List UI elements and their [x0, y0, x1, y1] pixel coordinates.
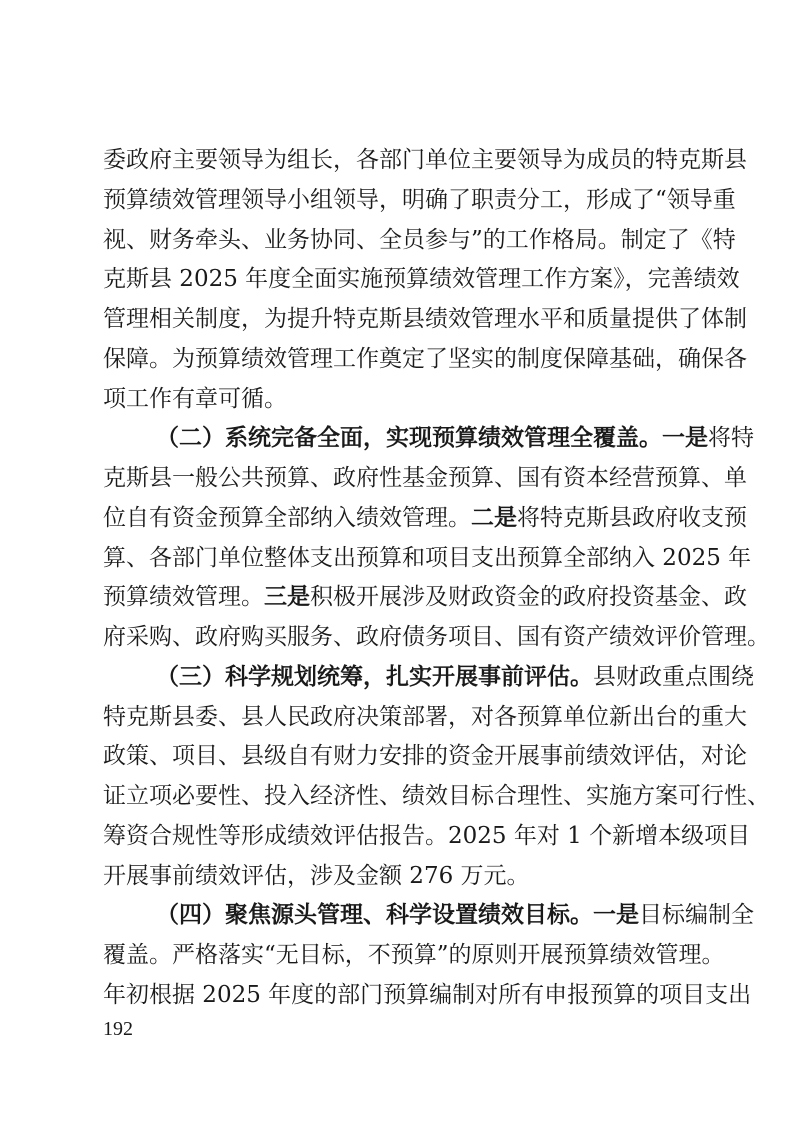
paragraph-p1-continued: 委政府主要领导为组长，各部门单位主要领导为成员的特克斯县预算绩效管理领导小组领导…: [103, 141, 693, 419]
body-text-segment: 预算绩效管理领导小组领导，明确了职责分工，形成了“领导重: [103, 187, 736, 213]
body-text-segment: 筹资合规性等形成绩效评估报告。2025 年对 1 个新增本级项目: [103, 823, 750, 849]
paragraph-section-3: （三）科学规划统筹，扎实开展事前评估。县财政重点围绕特克斯县委、县人民政府决策部…: [103, 658, 693, 897]
text-line: 覆盖。严格落实“无目标，不预算”的原则开展预算绩效管理。: [103, 936, 693, 976]
body-text-segment: 将特克斯县政府收支预: [517, 505, 747, 531]
body-text: 委政府主要领导为组长，各部门单位主要领导为成员的特克斯县预算绩效管理领导小组领导…: [103, 141, 693, 1016]
body-text-segment: 年初根据 2025 年度的部门预算编制对所有申报预算的项目支出: [103, 982, 751, 1008]
document-page: 委政府主要领导为组长，各部门单位主要领导为成员的特克斯县预算绩效管理领导小组领导…: [0, 0, 793, 1122]
text-line: 府采购、政府购买服务、政府债务项目、国有资产绩效评价管理。: [103, 618, 693, 658]
bold-heading-text: 三是: [264, 584, 310, 610]
body-text-segment: 委政府主要领导为组长，各部门单位主要领导为成员的特克斯县: [103, 147, 747, 173]
text-line: 视、财务牵头、业务协同、全员参与”的工作格局。制定了《特: [103, 221, 693, 261]
text-line: 位自有资金预算全部纳入绩效管理。二是将特克斯县政府收支预: [103, 499, 693, 539]
paragraph-section-4: （四）聚焦源头管理、科学设置绩效目标。一是目标编制全覆盖。严格落实“无目标，不预…: [103, 896, 693, 1015]
body-text-segment: 保障。为预算绩效管理工作奠定了坚实的制度保障基础，确保各: [103, 346, 747, 372]
text-line: （四）聚焦源头管理、科学设置绩效目标。一是目标编制全: [103, 896, 693, 936]
text-line: （二）系统完备全面，实现预算绩效管理全覆盖。一是将特: [103, 419, 693, 459]
body-text-segment: 证立项必要性、投入经济性、绩效目标合理性、实施方案可行性、: [103, 783, 770, 809]
bold-heading-text: （四）聚焦源头管理、科学设置绩效目标。: [156, 902, 593, 928]
text-line: 预算绩效管理。三是积极开展涉及财政资金的政府投资基金、政: [103, 578, 693, 618]
text-line: （三）科学规划统筹，扎实开展事前评估。县财政重点围绕: [103, 658, 693, 698]
body-text-segment: 管理相关制度，为提升特克斯县绩效管理水平和质量提供了体制: [103, 306, 747, 332]
body-text-segment: 目标编制全: [639, 902, 754, 928]
text-line: 委政府主要领导为组长，各部门单位主要领导为成员的特克斯县: [103, 141, 693, 181]
text-line: 克斯县 2025 年度全面实施预算绩效管理工作方案》，完善绩效: [103, 260, 693, 300]
body-text-segment: 项工作有章可循。: [103, 386, 287, 412]
text-line: 项工作有章可循。: [103, 380, 693, 420]
body-text-segment: 积极开展涉及财政资金的政府投资基金、政: [310, 584, 747, 610]
text-line: 筹资合规性等形成绩效评估报告。2025 年对 1 个新增本级项目: [103, 817, 693, 857]
text-line: 年初根据 2025 年度的部门预算编制对所有申报预算的项目支出: [103, 976, 693, 1016]
paragraph-section-2: （二）系统完备全面，实现预算绩效管理全覆盖。一是将特克斯县一般公共预算、政府性基…: [103, 419, 693, 658]
text-line: 特克斯县委、县人民政府决策部署，对各预算单位新出台的重大: [103, 698, 693, 738]
body-text-segment: 开展事前绩效评估，涉及金额 276 万元。: [103, 863, 530, 889]
body-text-segment: 算、各部门单位整体支出预算和项目支出预算全部纳入 2025 年: [103, 545, 751, 571]
bold-heading-text: （二）系统完备全面，实现预算绩效管理全覆盖。: [156, 425, 662, 451]
text-line: 政策、项目、县级自有财力安排的资金开展事前绩效评估，对论: [103, 737, 693, 777]
body-text-segment: 克斯县 2025 年度全面实施预算绩效管理工作方案》，完善绩效: [103, 266, 740, 292]
body-text-segment: 县财政重点围绕: [593, 664, 754, 690]
text-line: 预算绩效管理领导小组领导，明确了职责分工，形成了“领导重: [103, 181, 693, 221]
bold-heading-text: （三）科学规划统筹，扎实开展事前评估。: [156, 664, 593, 690]
text-line: 克斯县一般公共预算、政府性基金预算、国有资本经营预算、单: [103, 459, 693, 499]
bold-heading-text: 一是: [662, 425, 708, 451]
body-text-segment: 将特: [708, 425, 754, 451]
body-text-segment: 位自有资金预算全部纳入绩效管理。: [103, 505, 471, 531]
text-line: 证立项必要性、投入经济性、绩效目标合理性、实施方案可行性、: [103, 777, 693, 817]
body-text-segment: 特克斯县委、县人民政府决策部署，对各预算单位新出台的重大: [103, 704, 747, 730]
bold-heading-text: 一是: [593, 902, 639, 928]
bold-heading-text: 二是: [471, 505, 517, 531]
body-text-segment: 视、财务牵头、业务协同、全员参与”的工作格局。制定了《特: [103, 227, 736, 253]
text-line: 开展事前绩效评估，涉及金额 276 万元。: [103, 857, 693, 897]
text-line: 算、各部门单位整体支出预算和项目支出预算全部纳入 2025 年: [103, 539, 693, 579]
text-line: 保障。为预算绩效管理工作奠定了坚实的制度保障基础，确保各: [103, 340, 693, 380]
body-text-segment: 府采购、政府购买服务、政府债务项目、国有资产绩效评价管理。: [103, 624, 770, 650]
body-text-segment: 克斯县一般公共预算、政府性基金预算、国有资本经营预算、单: [103, 465, 747, 491]
text-line: 管理相关制度，为提升特克斯县绩效管理水平和质量提供了体制: [103, 300, 693, 340]
page-number: 192: [103, 1018, 133, 1041]
body-text-segment: 覆盖。严格落实“无目标，不预算”的原则开展预算绩效管理。: [103, 942, 725, 968]
body-text-segment: 预算绩效管理。: [103, 584, 264, 610]
body-text-segment: 政策、项目、县级自有财力安排的资金开展事前绩效评估，对论: [103, 743, 747, 769]
